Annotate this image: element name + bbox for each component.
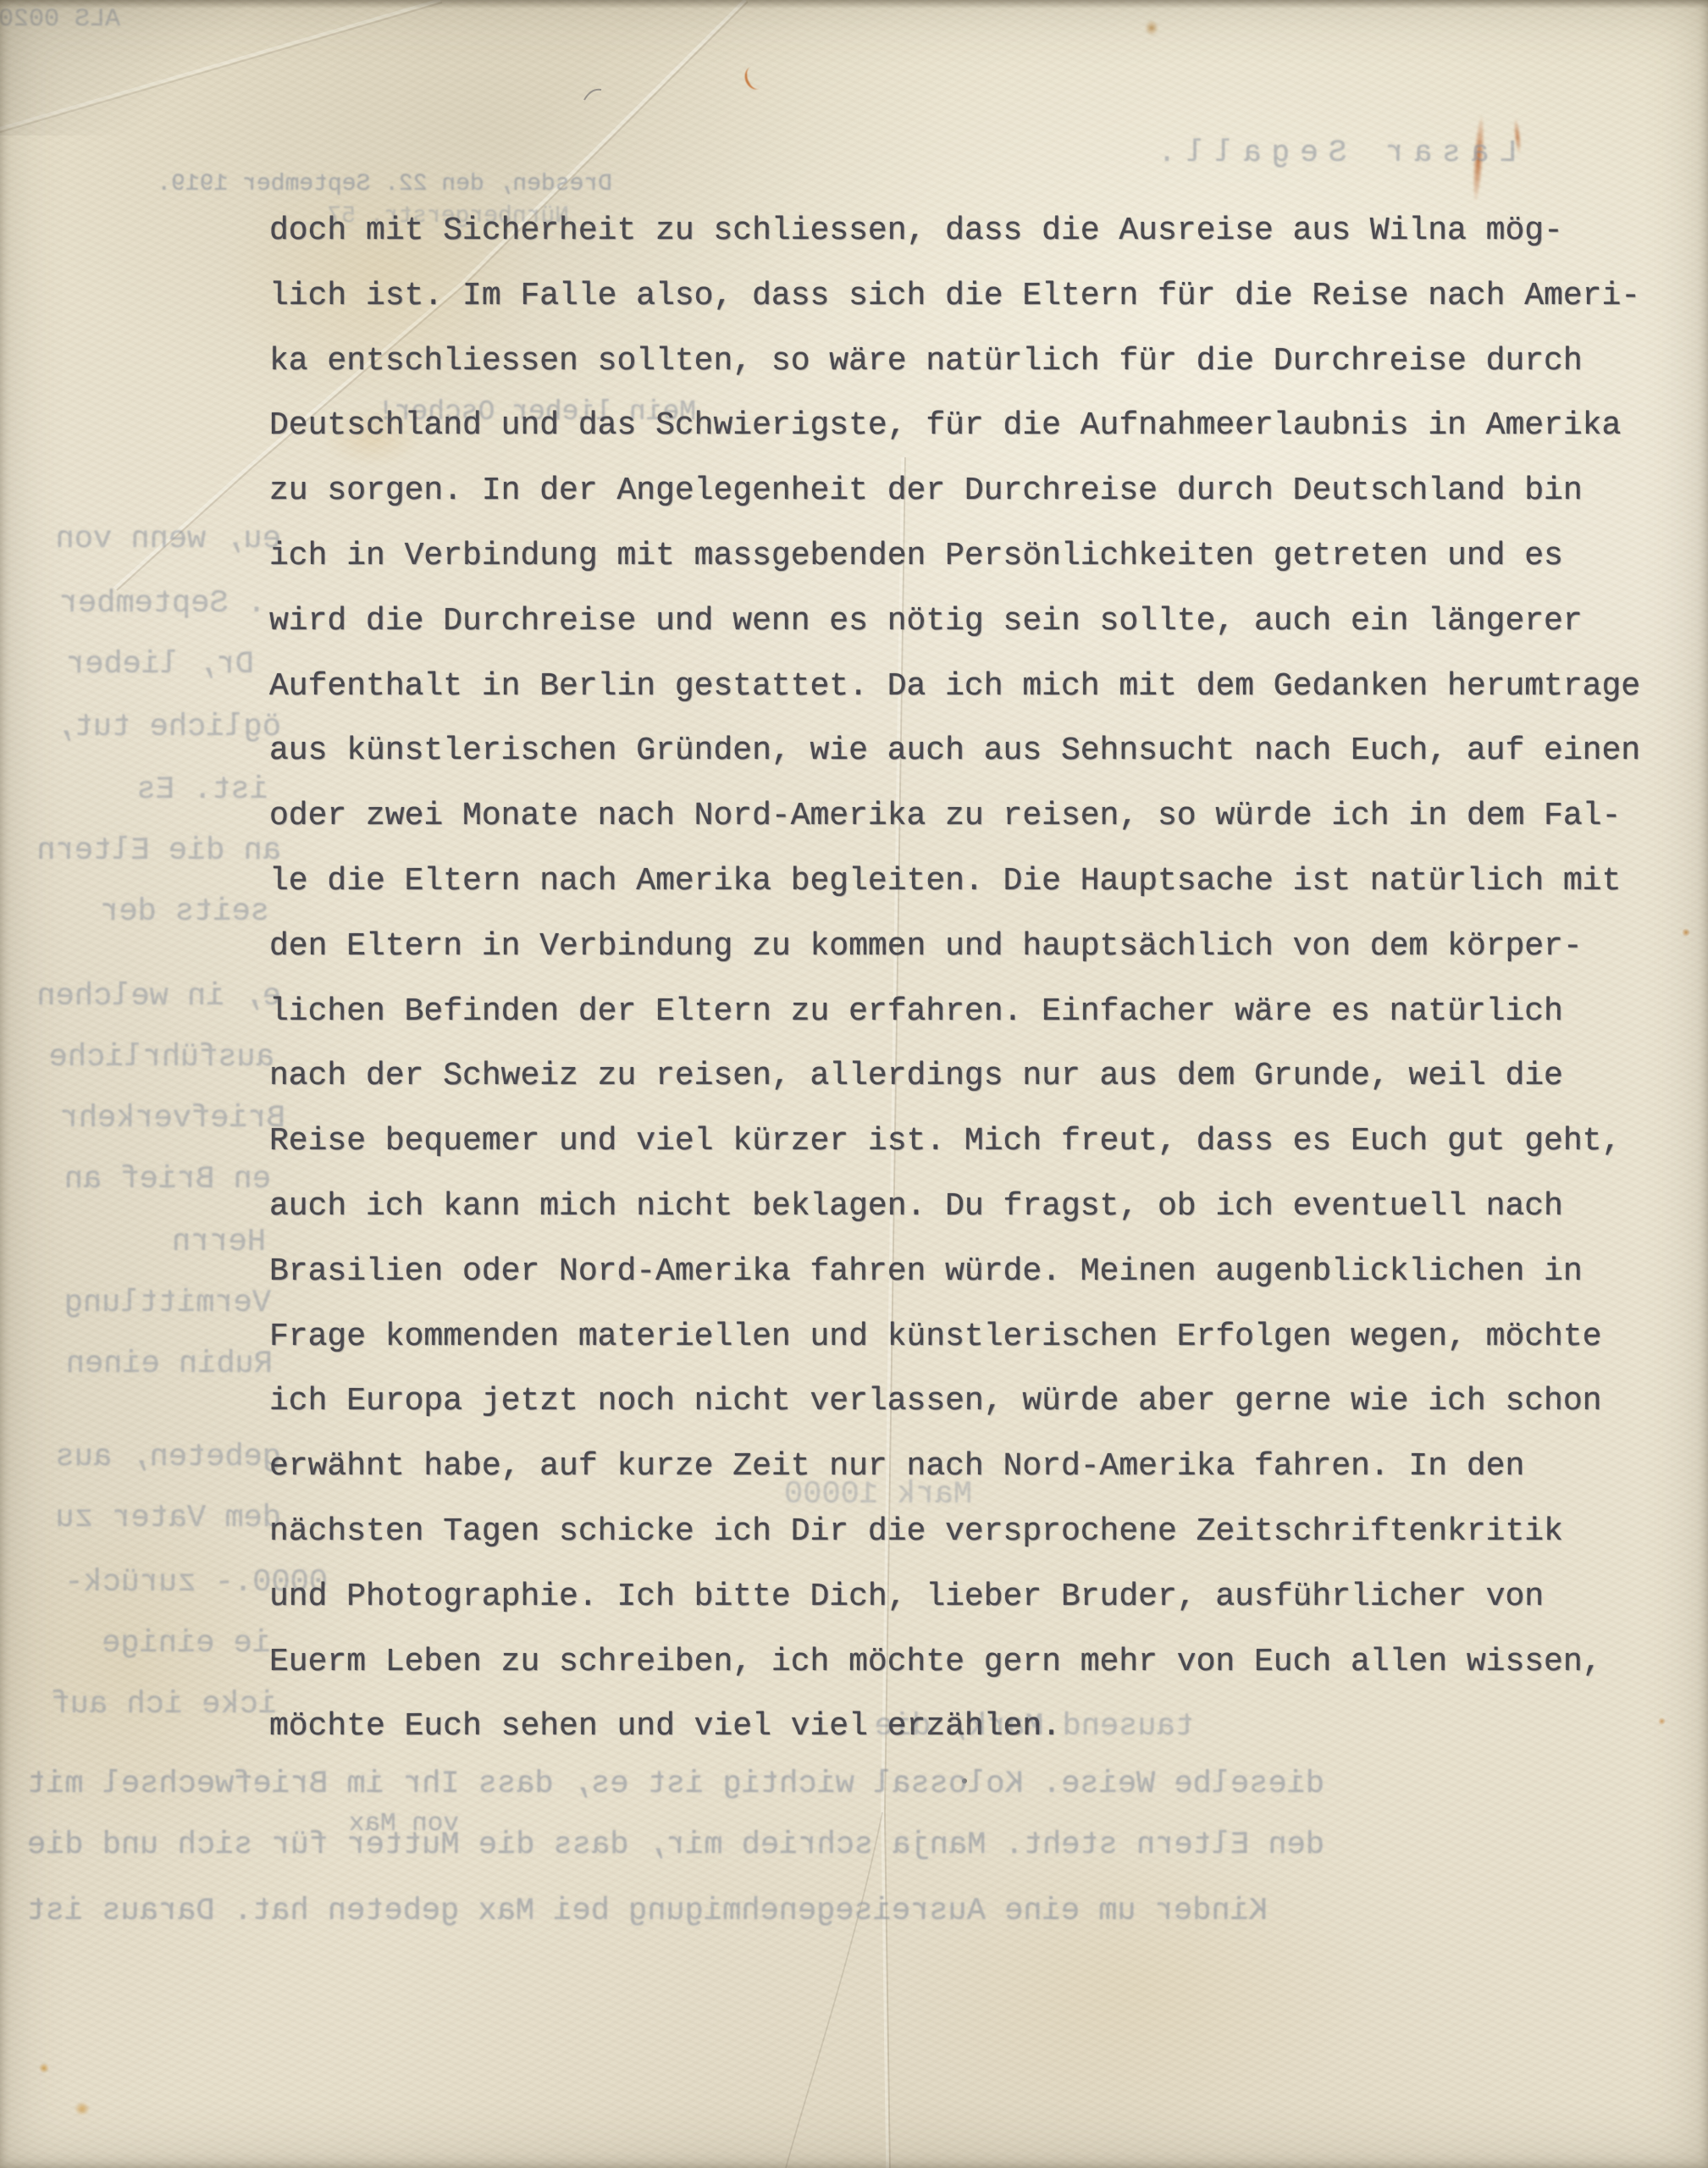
letter-line: le die Eltern nach Amerika begleiten. Di… [269,862,1621,901]
letter-line: Frage kommenden materiellen und künstler… [269,1318,1601,1357]
bleed-fragment: Vermittlung [59,1286,271,1321]
foxing-spot [1682,928,1690,937]
paper-top-edge [0,0,1708,8]
letter-line: erwähnt habe, auf kurze Zeit nur nach No… [269,1447,1524,1486]
yellow-stain [898,1846,1372,2134]
letter-line: ich Europa jetzt noch nicht verlassen, w… [269,1382,1601,1421]
letter-line: und Photographie. Ich bitte Dich, lieber… [269,1578,1544,1617]
bleed-line: dieselbe Weise. Kolossal wichtig ist es,… [22,1767,1324,1802]
bleed-sender-name: Lasar Segall. [1142,135,1517,170]
letter-line: zu sorgen. In der Angelegenheit der Durc… [269,472,1583,511]
letter-line: Brasilien oder Nord-Amerika fahren würde… [269,1253,1583,1291]
bleed-fragment: Herrn [167,1225,266,1260]
foxing-spot [1658,1717,1666,1725]
bleed-fragment: . September [54,586,266,622]
letter-line: Deutschland und das Schwierigste, für di… [269,406,1621,445]
bleed-fragment: seits der [95,894,269,930]
letter-line: lichen Befinden der Eltern zu erfahren. … [269,993,1563,1031]
bleed-fragment: ögliche tut, [51,710,281,745]
letter-line: nächsten Tagen schicke ich Dir die versp… [269,1513,1563,1551]
bleed-fragment: dem Vater zu [51,1501,281,1536]
bleed-line: den Eltern steht. Manja schrieb mir, das… [22,1828,1324,1863]
letter-line: oder zwei Monate nach Nord-Amerika zu re… [269,797,1621,836]
bleed-fragment: gebeten, aus [51,1440,281,1475]
letter-line: ich in Verbindung mit massgebenden Persö… [269,537,1563,576]
bleed-fragment: ie einige [97,1626,271,1662]
letter-line: auch ich kann mich nicht beklagen. Du fr… [269,1187,1563,1226]
foxing-spot [39,2063,49,2073]
bleed-line: Kinder um eine Ausreisegenehmigung bei M… [22,1894,1268,1929]
corner-smudge [0,0,246,135]
bleed-fragment: Briefverkehr [55,1101,285,1137]
bleed-fragment: an die Eltern [31,833,281,869]
bleed-fragment: Dr, lieber [61,647,254,683]
letter-line: den Eltern in Verbindung zu kommen und h… [269,927,1583,966]
letter-line: Aufenthalt in Berlin gestattet. Da ich m… [269,667,1640,706]
letter-line: Reise bequemer und viel kürzer ist. Mich… [269,1122,1621,1161]
bleed-fragment: eu, wenn von [51,522,281,557]
letter-line: doch mit Sicherheit zu schliessen, dass … [269,212,1563,251]
bleed-fragment: Rubin einen [61,1347,273,1382]
letter-line: möchte Euch sehen und viel viel erzählen… [269,1707,1061,1746]
foxing-spot [75,2102,90,2115]
bleed-fragment: ist. Es [132,772,268,808]
bleed-fragment: en Brief an [59,1162,271,1197]
foxing-spot [1145,20,1158,36]
bleed-fragment: e, in welchen [31,979,281,1015]
bleed-date: Dresden, den 22. September 1919. [152,171,612,197]
bleed-fragment: icke ich auf [47,1687,277,1723]
letter-line: aus künstlerischen Gründen, wie auch aus… [269,732,1640,771]
letter-line: nach der Schweiz zu reisen, allerdings n… [269,1057,1563,1096]
letter-line: Euerm Leben zu schreiben, ich möchte ger… [269,1643,1601,1682]
letter-line: ka entschliessen sollten, so wäre natürl… [269,342,1583,381]
rust-curl [742,64,769,93]
bleed-fragment: ausführliche [44,1040,274,1076]
letter-line: lich ist. Im Falle also, dass sich die E… [269,277,1640,316]
letter-line: wird die Durchreise und wenn es nötig se… [269,602,1583,641]
letter-page: ALS 00208Lasar Segall.Dresden, den 22. S… [0,0,1708,2168]
